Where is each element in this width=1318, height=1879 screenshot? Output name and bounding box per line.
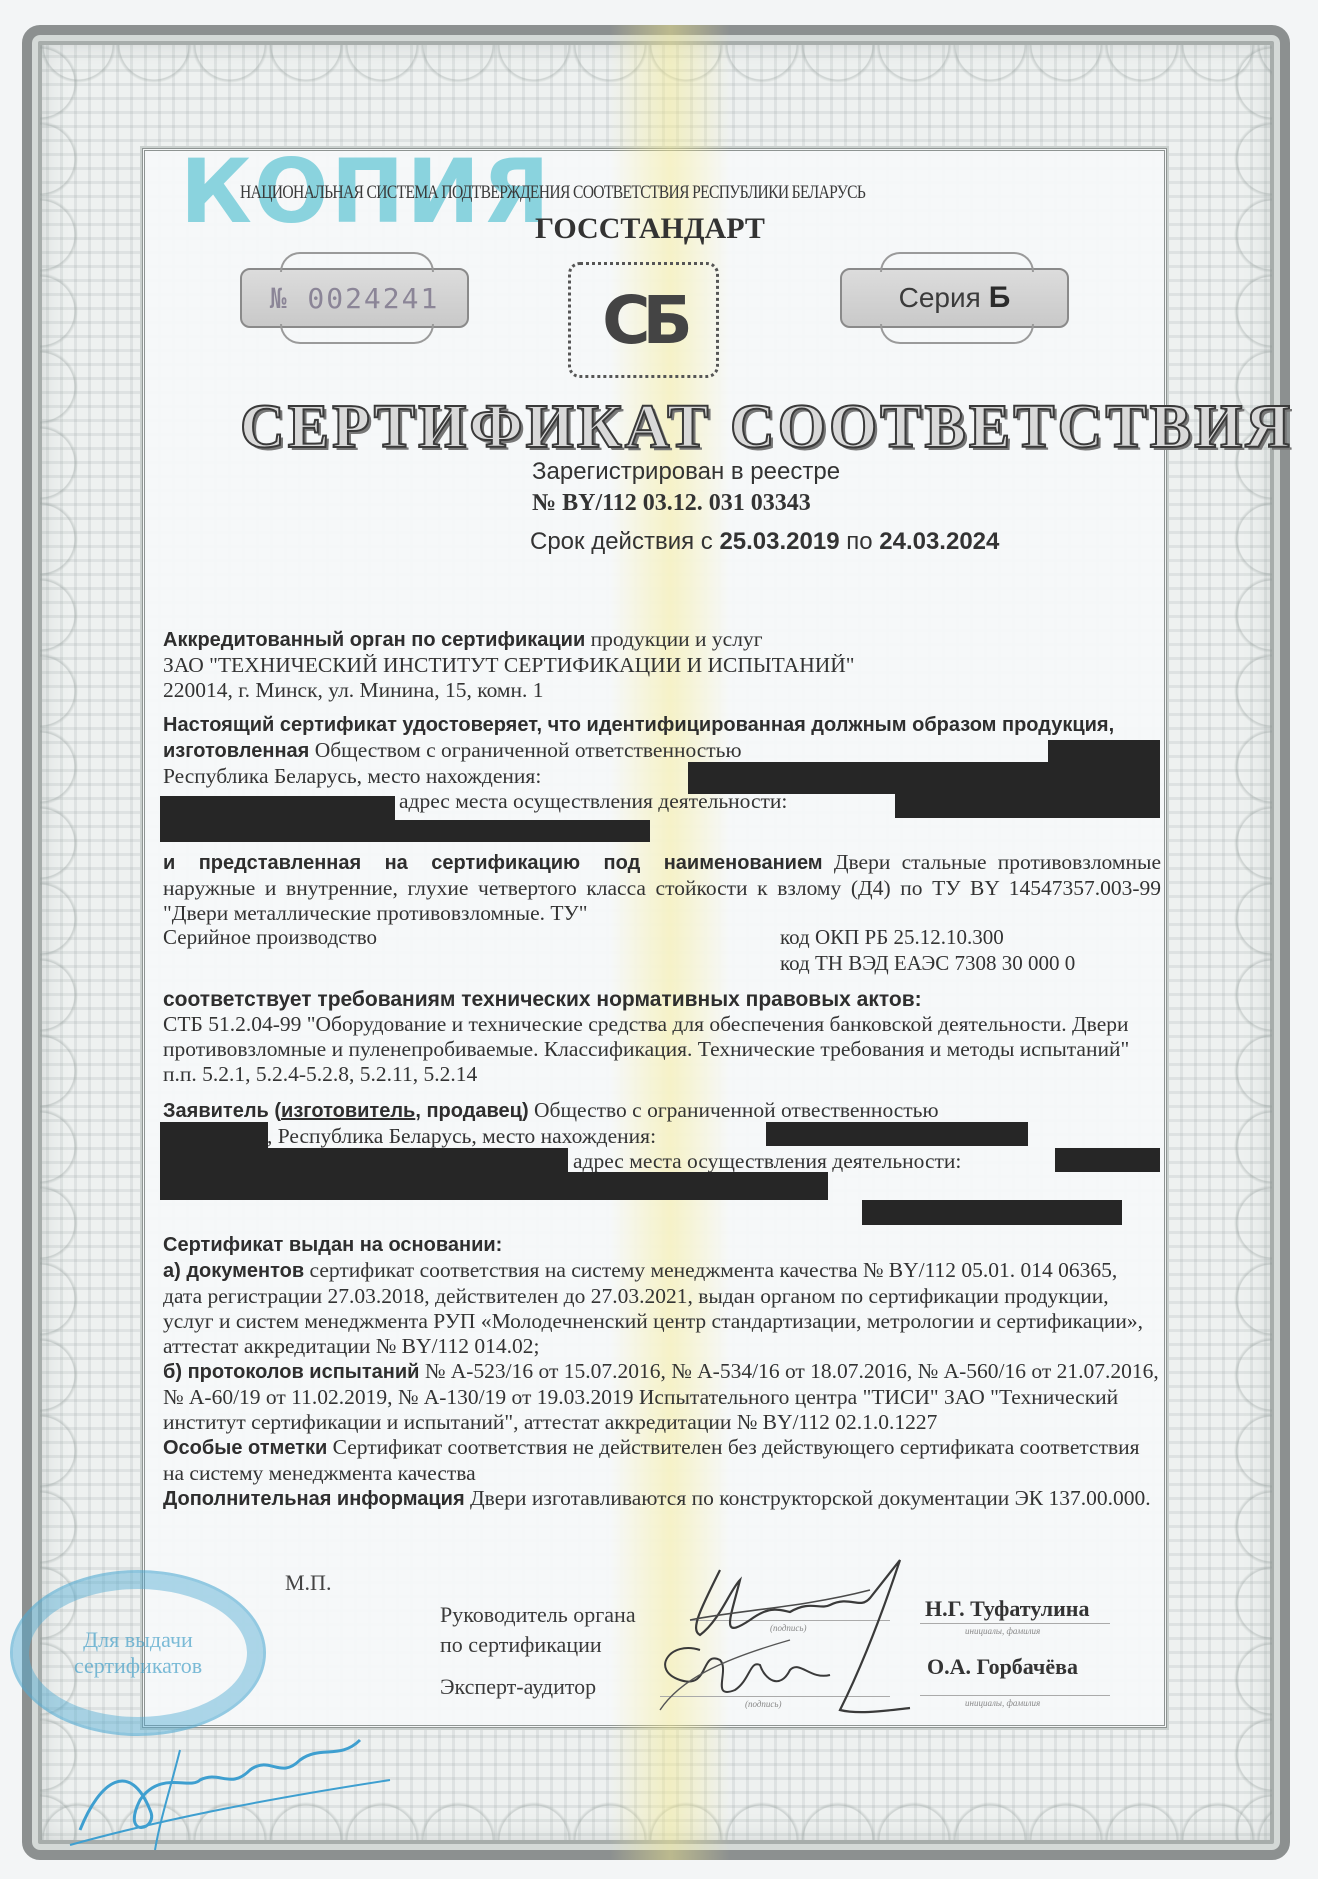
org-address: 220014, г. Минск, ул. Минина, 15, комн. … xyxy=(163,678,544,702)
gosstandart-logo-icon: СБ xyxy=(568,262,719,378)
production-type: Серийное производство xyxy=(163,925,377,950)
national-system-heading: НАЦИОНАЛЬНАЯ СИСТЕМА ПОДТВЕРЖДЕНИЯ СООТВ… xyxy=(240,182,865,204)
blank-number: № 0024241 xyxy=(270,282,440,315)
redaction-block xyxy=(160,820,650,842)
okp-code: код ОКП РБ 25.12.10.300 xyxy=(780,925,1004,950)
stamp-line2: сертификатов xyxy=(74,1653,202,1679)
head-name: Н.Г. Туфатулина xyxy=(925,1596,1089,1622)
standard-text: СТБ 51.2.04-99 "Оборудование и техническ… xyxy=(163,1012,1129,1086)
expert-name: О.А. Горбачёва xyxy=(927,1654,1078,1680)
basis-label: Сертификат выдан на основании: xyxy=(163,1234,502,1256)
applicant-value: Общество с ограниченной отвественностью xyxy=(529,1098,939,1122)
agency-name: ГОССТАНДАРТ xyxy=(535,212,765,246)
series-plate: СерияБ xyxy=(840,268,1069,328)
conforms-label: соответствует требованиям технических но… xyxy=(163,988,922,1011)
series-label: Серия xyxy=(899,282,981,314)
blank-number-plate: № 0024241 xyxy=(240,268,469,328)
location-label: Республика Беларусь, место нахождения: xyxy=(163,764,541,788)
valid-to: 24.03.2024 xyxy=(879,528,999,555)
accredited-label: Аккредитованный орган по сертификации xyxy=(163,629,585,651)
tnved-code: код ТН ВЭД ЕАЭС 7308 30 000 0 xyxy=(780,951,1075,976)
redaction-block xyxy=(688,762,1160,794)
redaction-block xyxy=(160,1148,568,1172)
blue-ink-signature-icon xyxy=(60,1720,420,1860)
redaction-block xyxy=(862,1200,1122,1225)
stamp-line1: Для выдачи xyxy=(83,1627,193,1653)
applicant-location: , Республика Беларусь, место нахождения: xyxy=(267,1124,656,1148)
logo-text: СБ xyxy=(602,282,685,359)
additional-text: Двери изготавливаются по конструкторской… xyxy=(465,1486,1151,1510)
product-section: и представленная на сертификацию под наи… xyxy=(163,850,1161,926)
expert-signature-icon xyxy=(640,1620,840,1730)
special-label: Особые отметки xyxy=(163,1437,327,1459)
expert-label: Эксперт-аудитор xyxy=(440,1672,596,1702)
organization-stamp: Для выдачи сертификатов xyxy=(10,1570,266,1736)
validity-period: Срок действия с 25.03.2019 по 24.03.2024 xyxy=(530,528,999,556)
redaction-block xyxy=(160,796,395,820)
seal-place: М.П. xyxy=(285,1570,331,1596)
redaction-block xyxy=(1055,1148,1160,1172)
presented-label: и представленная на сертификацию под наи… xyxy=(163,852,823,874)
basis-b-label: б) протоколов испытаний xyxy=(163,1361,419,1383)
standards-section: соответствует требованиям технических но… xyxy=(163,987,1161,1087)
expert-name-line xyxy=(920,1695,1110,1696)
certificate-title: СЕРТИФИКАТ СООТВЕТСТВИЯ xyxy=(240,392,1293,463)
expert-name-caption: инициалы, фамилия xyxy=(965,1698,1040,1708)
head-label: Руководитель органа по сертификации xyxy=(440,1600,636,1660)
basis-section: Сертификат выдан на основании: а) докуме… xyxy=(163,1232,1161,1512)
head-name-line xyxy=(920,1623,1110,1624)
redaction-block xyxy=(160,1172,828,1200)
org-name: ЗАО "ТЕХНИЧЕСКИЙ ИНСТИТУТ СЕРТИФИКАЦИИ И… xyxy=(163,653,855,677)
certifies-value: Обществом с ограниченной ответственность… xyxy=(309,738,741,762)
applicant-activity: адрес места осуществления деятельности: xyxy=(573,1149,961,1173)
redaction-block xyxy=(895,794,1160,818)
applicant-label-end: , продавец) xyxy=(415,1100,528,1122)
validity-prefix: Срок действия с xyxy=(530,528,713,555)
head-label-line2: по сертификации xyxy=(440,1632,602,1657)
accredited-suffix: продукции и услуг xyxy=(585,627,762,651)
registry-number: № BY/112 03.12. 031 03343 xyxy=(532,490,811,517)
additional-label: Дополнительная информация xyxy=(163,1488,465,1510)
head-label-line1: Руководитель органа xyxy=(440,1602,636,1627)
accredited-body-section: Аккредитованный орган по сертификации пр… xyxy=(163,627,1161,703)
redaction-block xyxy=(766,1122,1028,1146)
redaction-block xyxy=(1048,740,1160,764)
basis-a-label: а) документов xyxy=(163,1260,304,1282)
applicant-role: изготовитель xyxy=(281,1100,415,1122)
basis-a-text: сертификат соответствия на систему менед… xyxy=(163,1258,1143,1358)
validity-mid: по xyxy=(846,528,872,555)
registered-label: Зарегистрирован в реестре xyxy=(532,458,840,486)
head-name-caption: инициалы, фамилия xyxy=(965,1626,1040,1636)
applicant-label: Заявитель ( xyxy=(163,1100,281,1122)
series-value: Б xyxy=(989,281,1011,315)
valid-from: 25.03.2019 xyxy=(719,528,839,555)
